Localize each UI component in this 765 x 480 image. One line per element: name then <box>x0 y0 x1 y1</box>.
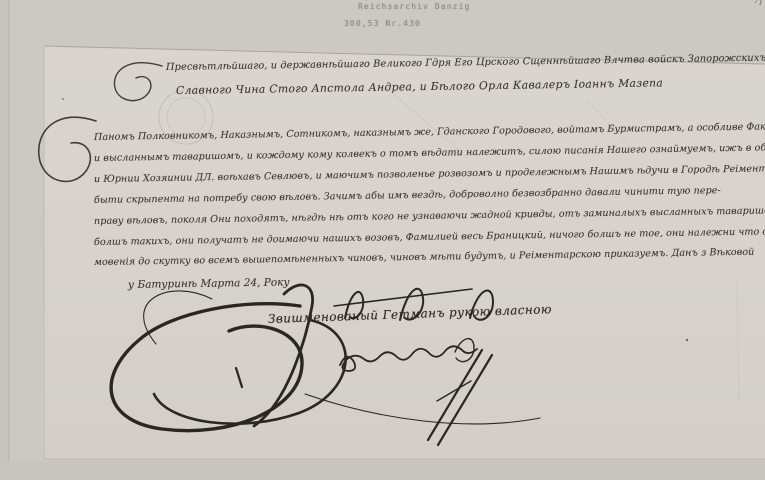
ink-speck <box>686 339 688 341</box>
archive-stamp-line1: Reichsarchiv Danzig <box>358 2 470 11</box>
photo-bottom-edge <box>0 461 765 480</box>
dateline: у Батуринѣ Марта 24, Року <box>128 276 290 291</box>
archive-stamp-line2: 300,53 Nr.430 <box>344 19 421 28</box>
archive-photo: Reichsarchiv Danzig 300,53 Nr.430 7І Пре… <box>0 0 765 480</box>
photo-left-edge <box>0 0 9 480</box>
ink-speck <box>62 98 64 100</box>
